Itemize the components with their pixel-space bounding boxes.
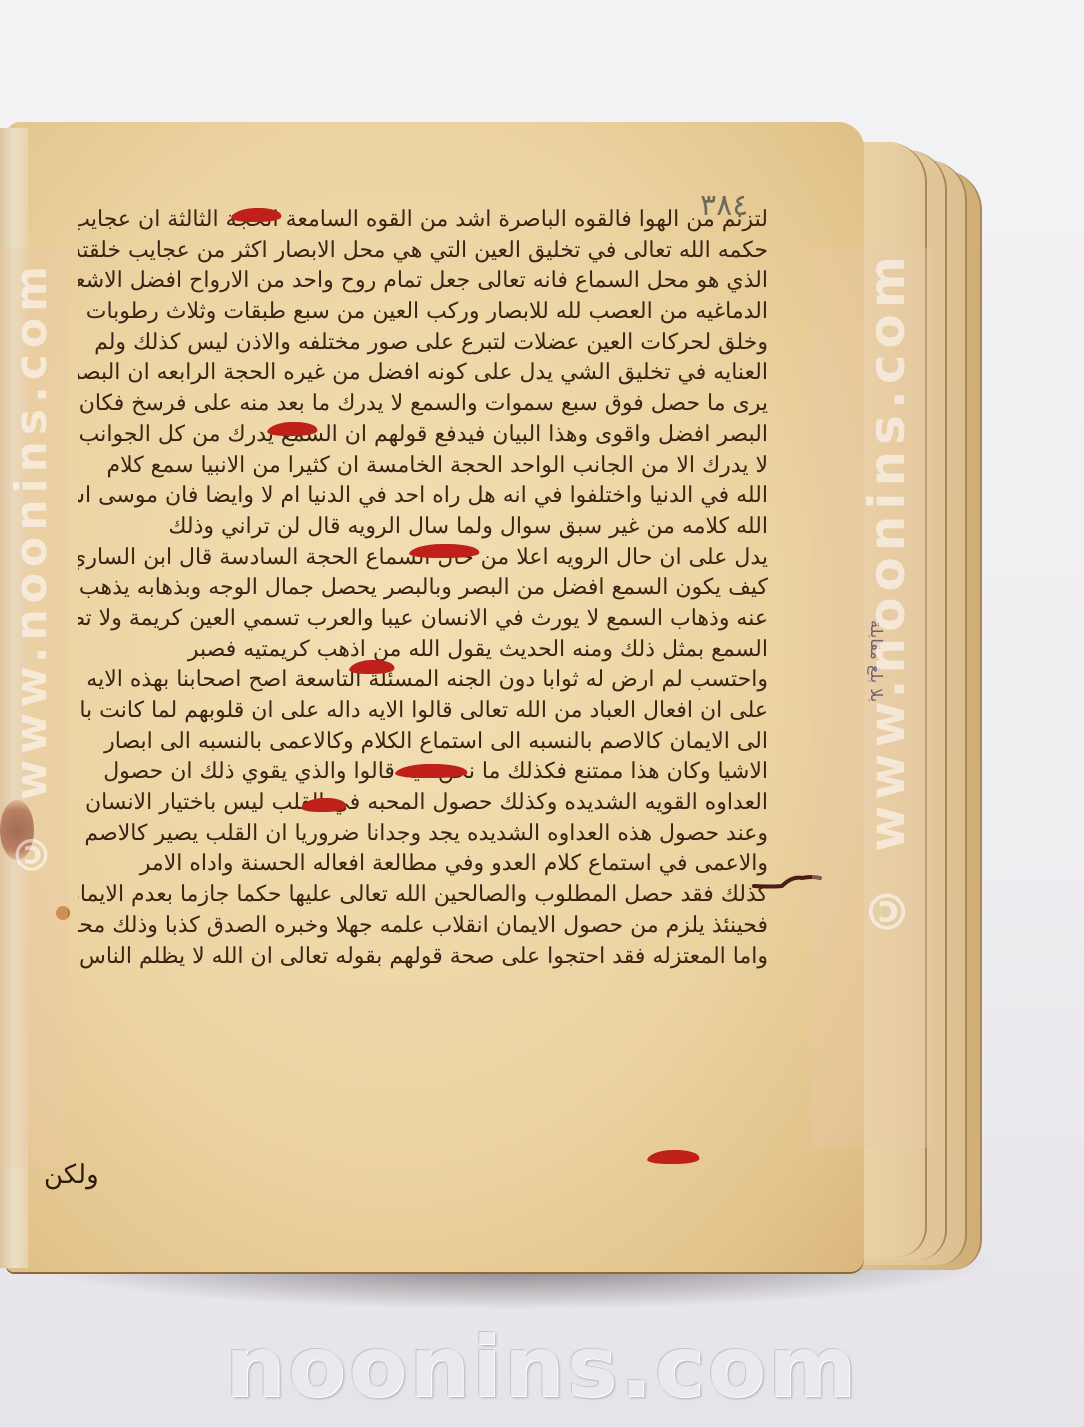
text-line: الدماغيه من العصب لله للابصار وركب العين…	[78, 297, 768, 328]
text-line: عنه وذهاب السمع لا يورث في الانسان عيبا …	[78, 604, 768, 635]
text-line: الذي هو محل السماع فانه تعالى جعل تمام ر…	[78, 266, 768, 297]
text-line: يرى ما حصل فوق سبع سموات والسمع لا يدرك …	[78, 389, 768, 420]
footer-watermark: noonins.com	[0, 1318, 1084, 1416]
text-line: العنايه في تخليق الشي يدل على كونه افضل …	[78, 358, 768, 389]
text-line: كذلك فقد حصل المطلوب والصالحين الله تعال…	[78, 880, 768, 911]
rubrication-mark	[407, 544, 482, 558]
text-line: على ان افعال العباد من الله تعالى قالوا …	[78, 696, 768, 727]
watermark-left: © www.noonins.com	[6, 260, 57, 879]
manuscript-text: لتزنم من الهوا فالقوه الباصرة اشد من الق…	[78, 205, 768, 972]
text-line: الى الايمان كالاصم بالنسبه الى استماع ال…	[78, 727, 768, 758]
text-line: الله في الدنيا واختلفوا في انه هل راه اح…	[78, 481, 768, 512]
watermark-right: © www.noonins.com	[858, 250, 916, 939]
text-line: العداوه القويه الشديده وكذلك حصول المحبه…	[78, 788, 768, 819]
text-line: والاعمى في استماع كلام العدو وفي مطالعة …	[78, 849, 768, 880]
text-line: حكمه الله تعالى في تخليق العين التي هي م…	[78, 236, 768, 267]
text-line: واحتسب لم ارض له ثوابا دون الجنه المسئلة…	[78, 665, 768, 696]
text-line: كيف يكون السمع افضل من البصر وبالبصر يحص…	[78, 573, 768, 604]
text-line: لا يدرك الا من الجانب الواحد الحجة الخام…	[78, 451, 768, 482]
text-line: وخلق لحركات العين عضلات لتبرع على صور مخ…	[78, 328, 768, 359]
text-line: الله كلامه من غير سبق سوال ولما سال الرو…	[78, 512, 768, 543]
text-line: وعند حصول هذه العداوه الشديده يجد وجدانا…	[78, 819, 768, 850]
text-line: السمع بمثل ذلك ومنه الحديث يقول الله من …	[78, 635, 768, 666]
text-line: فحينئذ يلزم من حصول الايمان انقلاب علمه …	[78, 911, 768, 942]
text-line: البصر افضل واقوى وهذا البيان فيدفع قولهم…	[78, 420, 768, 451]
rubrication-mark	[393, 764, 470, 778]
text-line: لتزنم من الهوا فالقوه الباصرة اشد من الق…	[78, 205, 768, 236]
rubrication-mark	[645, 1150, 702, 1164]
text-line: واما المعتزله فقد احتجوا على صحة قولهم ب…	[78, 942, 768, 973]
